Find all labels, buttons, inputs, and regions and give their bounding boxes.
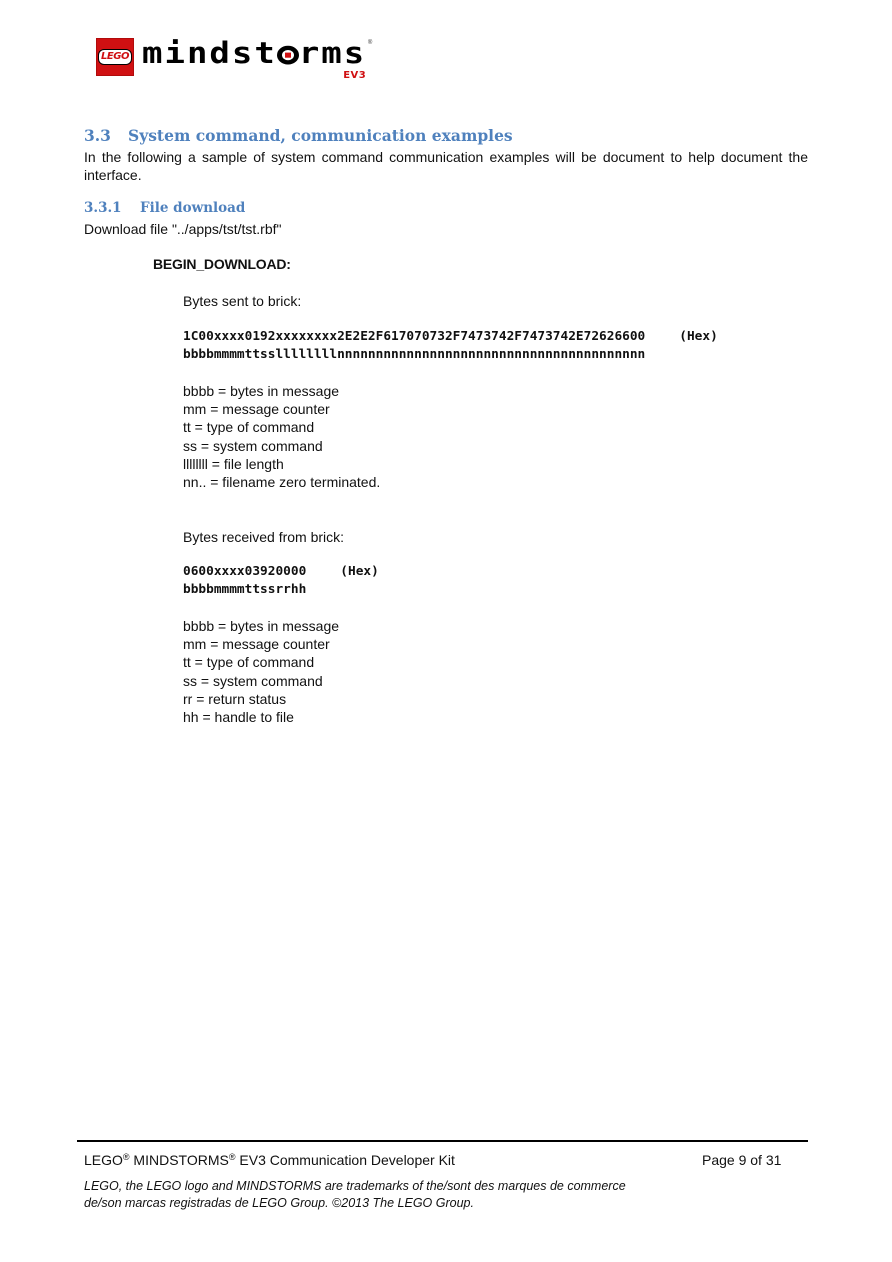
received-hex-line: 0600xxxx03920000(Hex) xyxy=(183,563,379,581)
legend-item: tt = type of command xyxy=(183,418,380,436)
footer-title-lego: LEGO xyxy=(84,1152,123,1168)
legend-item: nn.. = filename zero terminated. xyxy=(183,473,380,491)
section-title: System command, communication examples xyxy=(128,126,513,145)
page-number: Page 9 of 31 xyxy=(702,1152,781,1168)
legend-item: rr = return status xyxy=(183,690,339,708)
ev3-label: EV3 xyxy=(343,70,366,81)
received-pattern: bbbbmmmmttssrrhh xyxy=(183,581,306,599)
wordmark-text-pre: mindst xyxy=(142,36,277,70)
sent-hex-line: 1C00xxxx0192xxxxxxxx2E2E2F617070732F7473… xyxy=(183,328,718,346)
footer-legal-notice: LEGO, the LEGO logo and MINDSTORMS are t… xyxy=(84,1178,644,1212)
legend-item: bbbb = bytes in message xyxy=(183,617,339,635)
received-hex-suffix: (Hex) xyxy=(340,563,379,581)
command-name: BEGIN_DOWNLOAD: xyxy=(153,256,291,272)
subsection-title: File download xyxy=(140,200,245,216)
footer-title-mindstorms: MINDSTORMS xyxy=(130,1152,229,1168)
section-number: 3.3 xyxy=(84,126,128,145)
legend-item: hh = handle to file xyxy=(183,708,339,726)
received-legend: bbbb = bytes in message mm = message cou… xyxy=(183,617,339,726)
sent-hex: 1C00xxxx0192xxxxxxxx2E2E2F617070732F7473… xyxy=(183,329,645,344)
registered-mark: ® xyxy=(123,1152,130,1162)
wordmark-text-post: rms xyxy=(299,36,366,70)
footer-divider xyxy=(77,1140,808,1142)
subsection-heading: 3.3.1File download xyxy=(84,200,245,216)
sent-hex-suffix: (Hex) xyxy=(679,328,718,346)
registered-mark: ® xyxy=(368,40,372,46)
footer-title: LEGO® MINDSTORMS® EV3 Communication Deve… xyxy=(84,1152,455,1168)
sent-legend: bbbb = bytes in message mm = message cou… xyxy=(183,382,380,491)
sent-pattern: bbbbmmmmttssllllllllnnnnnnnnnnnnnnnnnnnn… xyxy=(183,346,645,364)
ev3-brick-o-icon xyxy=(277,45,299,64)
subsection-description: Download file "../apps/tst/tst.rbf" xyxy=(84,220,281,238)
registered-mark: ® xyxy=(229,1152,236,1162)
legend-item: tt = type of command xyxy=(183,653,339,671)
legend-item: mm = message counter xyxy=(183,400,380,418)
legend-item: ss = system command xyxy=(183,437,380,455)
received-hex: 0600xxxx03920000 xyxy=(183,564,306,579)
legend-item: bbbb = bytes in message xyxy=(183,382,380,400)
lego-mindstorms-logo: LEGO mindstrms ® EV3 xyxy=(96,38,366,78)
wordmark-text: mindstrms xyxy=(142,39,366,68)
section-intro: In the following a sample of system comm… xyxy=(84,148,808,184)
subsection-number: 3.3.1 xyxy=(84,200,140,216)
received-label: Bytes received from brick: xyxy=(183,528,344,546)
lego-badge-icon: LEGO xyxy=(96,38,134,76)
legend-item: ss = system command xyxy=(183,672,339,690)
lego-badge-text: LEGO xyxy=(98,49,132,65)
legend-item: llllllll = file length xyxy=(183,455,380,473)
footer-title-rest: EV3 Communication Developer Kit xyxy=(236,1152,455,1168)
mindstorms-wordmark: mindstrms ® EV3 xyxy=(142,38,366,78)
section-heading: 3.3System command, communication example… xyxy=(84,126,513,145)
legend-item: mm = message counter xyxy=(183,635,339,653)
sent-label: Bytes sent to brick: xyxy=(183,292,301,310)
